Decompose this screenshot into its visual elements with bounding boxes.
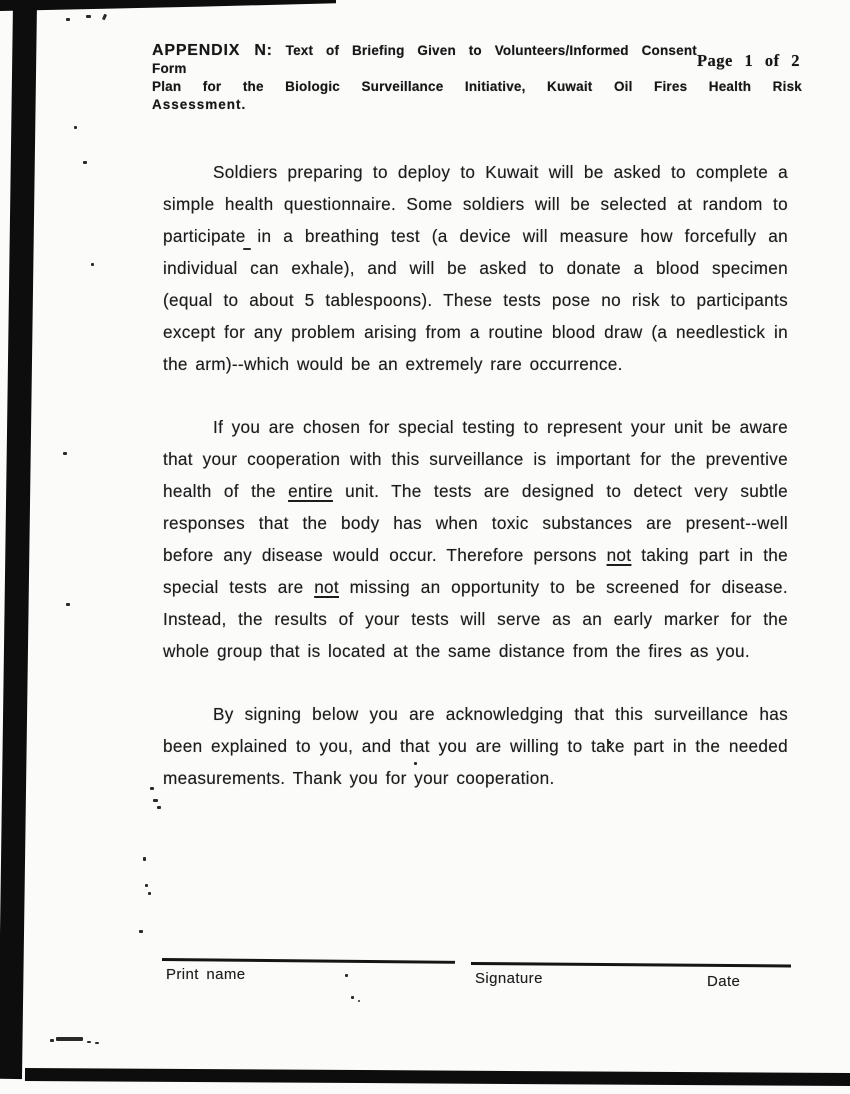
scan-speck [66,18,70,21]
scan-edge-left [0,3,37,1079]
underlined-word: not [314,577,339,597]
scan-speck [83,161,87,164]
print-name-label: Print name [166,966,246,983]
scan-edge-bottom [25,1068,850,1086]
scan-speck [157,806,161,809]
scan-speck [91,263,94,266]
scan-edge-top [0,0,336,11]
scan-speck [102,14,107,21]
paragraph-text: By signing below you are acknowledging t… [163,704,788,788]
paragraph: By signing below you are acknowledging t… [163,698,788,794]
underlined-word: entire [288,481,333,501]
paragraph: Soldiers preparing to deploy to Kuwait w… [163,156,788,380]
paragraph-text: Soldiers preparing to deploy to Kuwait w… [163,162,788,374]
date-label: Date [707,973,740,990]
print-name-line [162,958,455,963]
scan-speck [95,1042,99,1044]
document-header: APPENDIX N: Text of Briefing Given to Vo… [152,42,802,114]
scan-speck [74,126,77,129]
scan-speck [63,452,67,455]
body-paragraphs: Soldiers preparing to deploy to Kuwait w… [163,156,788,825]
paragraph: If you are chosen for special testing to… [163,411,788,667]
header-line3: Assessment. [152,96,802,114]
scanned-document-page: APPENDIX N: Text of Briefing Given to Vo… [0,0,850,1094]
underlined-word: not [607,545,632,565]
scan-speck [86,15,91,18]
scan-speck [145,884,148,887]
scan-speck [87,1041,91,1043]
scan-speck [148,892,151,895]
scan-speck [66,603,70,606]
appendix-label: APPENDIX N: [152,42,273,59]
scan-speck [56,1037,83,1041]
signature-date-line [471,962,791,967]
header-line2: Plan for the Biologic Surveillance Initi… [152,78,802,96]
signature-label: Signature [475,970,543,987]
scan-speck [50,1039,54,1042]
scan-speck [345,974,348,977]
scan-speck [139,930,143,933]
scan-speck [153,799,158,802]
scan-speck [351,996,354,999]
header-line1: APPENDIX N: Text of Briefing Given to Vo… [152,42,697,78]
page-indicator: Page 1 of 2 [697,52,800,70]
scan-speck [143,857,146,861]
scan-speck [358,1000,360,1002]
scan-speck [150,787,154,790]
